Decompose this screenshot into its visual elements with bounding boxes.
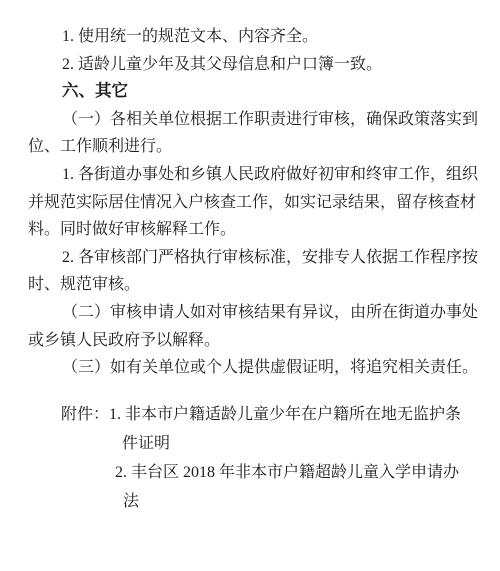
attachment-section: 附件：1. 非本市户籍适龄儿童少年在户籍所在地无监护条 件证明 2. 丰台区 2… [28, 400, 480, 516]
text-line: 料。同时做好审核解释工作。 [28, 216, 480, 244]
text-line: （一）各相关单位根据工作职责进行审核，确保政策落实到 [28, 106, 480, 134]
attachment-line: 2. 丰台区 2018 年非本市户籍超龄儿童入学申请办 [28, 458, 480, 487]
text-line: 并规范实际居住情况入户核查工作，如实记录结果，留存核查材 [28, 189, 480, 217]
text-line: 或乡镇人民政府予以解释。 [28, 327, 480, 355]
section-heading: 六、其它 [28, 78, 480, 106]
text-line: 1. 各街道办事处和乡镇人民政府做好初审和终审工作，组织 [28, 161, 480, 189]
attachment-line: 附件：1. 非本市户籍适龄儿童少年在户籍所在地无监护条 [28, 400, 480, 429]
text-line: （三）如有关单位或个人提供虚假证明，将追究相关责任。 [28, 354, 480, 382]
text-line: 1. 使用统一的规范文本、内容齐全。 [28, 23, 480, 51]
text-line: 2. 适龄儿童少年及其父母信息和户口簿一致。 [28, 51, 480, 79]
document-body: 1. 使用统一的规范文本、内容齐全。 2. 适龄儿童少年及其父母信息和户口簿一致… [28, 23, 480, 382]
attachment-line: 件证明 [28, 429, 480, 458]
document-page: 1. 使用统一的规范文本、内容齐全。 2. 适龄儿童少年及其父母信息和户口簿一致… [0, 0, 500, 571]
attachment-line: 法 [28, 487, 480, 516]
text-line: 2. 各审核部门严格执行审核标准，安排专人依据工作程序按 [28, 244, 480, 272]
text-line: 时、规范审核。 [28, 271, 480, 299]
text-line: （二）审核申请人如对审核结果有异议，由所在街道办事处 [28, 299, 480, 327]
text-line: 位、工作顺利进行。 [28, 133, 480, 161]
